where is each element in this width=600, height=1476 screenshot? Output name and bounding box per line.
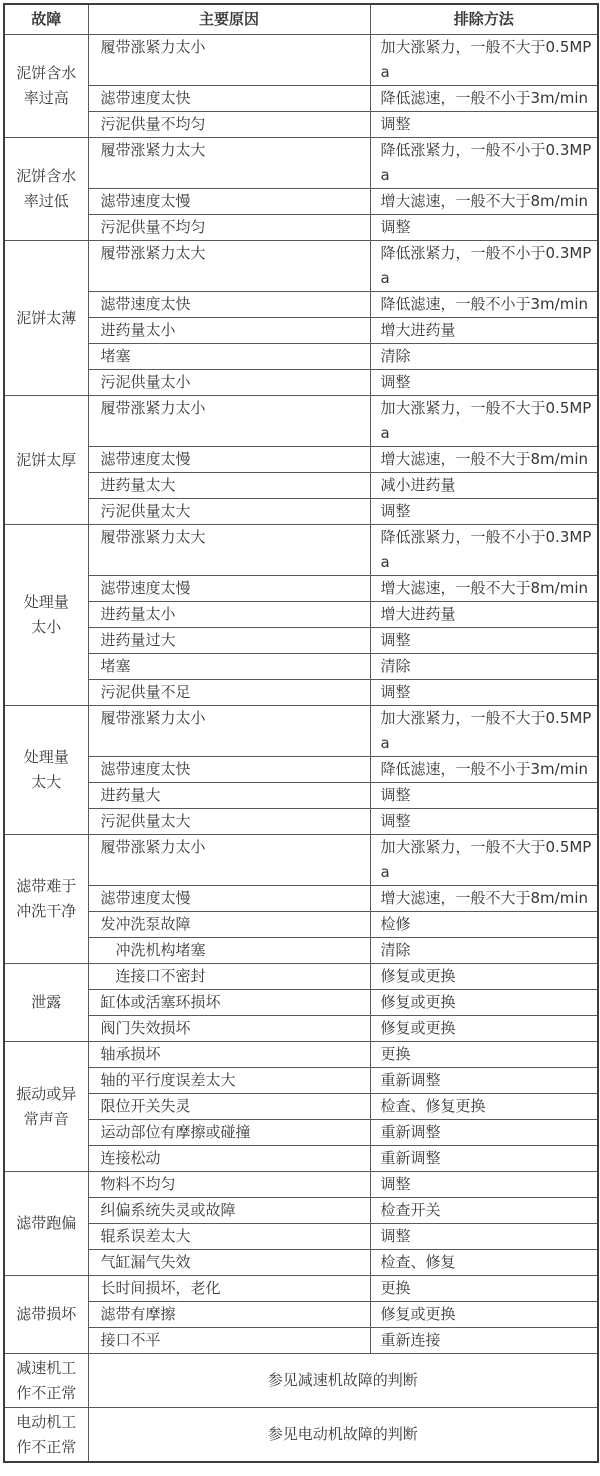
cause-cell: 连接口不密封: [88, 964, 370, 990]
cause-cell: 接口不平: [88, 1328, 370, 1354]
remedy-cell: 修复或更换: [370, 1016, 598, 1042]
cause-cell: 污泥供量太大: [88, 809, 370, 835]
page: 故障 主要原因 排除方法 泥饼含水 率过高履带涨紧力太小加大涨紧力，一般不大于0…: [0, 0, 600, 1466]
table-row: 泥饼含水 率过高履带涨紧力太小加大涨紧力，一般不大于0.5MPa: [4, 35, 598, 86]
table-row: 污泥供量不足调整: [4, 680, 598, 706]
table-row: 电动机工 作不正常参见电动机故障的判断: [4, 1408, 598, 1463]
cause-cell: 进药量太小: [88, 602, 370, 628]
remedy-cell: 加大涨紧力，一般不大于0.5MPa: [370, 396, 598, 447]
fault-cell: 泥饼含水 率过高: [4, 35, 88, 138]
cause-cell: 轴的平行度误差太大: [88, 1068, 370, 1094]
table-row: 进药量大调整: [4, 783, 598, 809]
remedy-cell: 修复或更换: [370, 990, 598, 1016]
header-row: 故障 主要原因 排除方法: [4, 4, 598, 35]
cause-cell: 进药量过大: [88, 628, 370, 654]
remedy-cell: 增大滤速，一般不大于8m/min: [370, 447, 598, 473]
cause-cell: 滤带速度太慢: [88, 576, 370, 602]
table-row: 泥饼太薄履带涨紧力太大降低涨紧力，一般不小于0.3MPa: [4, 241, 598, 292]
cause-cell: 辊系误差太大: [88, 1224, 370, 1250]
table-row: 滤带速度太快降低滤速，一般不小于3m/min: [4, 757, 598, 783]
cause-cell: 污泥供量太大: [88, 499, 370, 525]
table-row: 泄露 连接口不密封修复或更换: [4, 964, 598, 990]
cause-cell: 进药量大: [88, 783, 370, 809]
table-row: 冲洗机构堵塞清除: [4, 938, 598, 964]
table-row: 阀门失效损坏修复或更换: [4, 1016, 598, 1042]
table-row: 污泥供量不均匀调整: [4, 215, 598, 241]
remedy-cell: 调整: [370, 112, 598, 138]
remedy-cell: 调整: [370, 370, 598, 396]
table-row: 减速机工 作不正常参见减速机故障的判断: [4, 1354, 598, 1408]
table-row: 发冲洗泵故障检修: [4, 912, 598, 938]
cause-cell: 进药量太小: [88, 318, 370, 344]
fault-cell: 振动或异 常声音: [4, 1042, 88, 1172]
cause-cell: 污泥供量不足: [88, 680, 370, 706]
remedy-cell: 调整: [370, 1172, 598, 1198]
table-row: 污泥供量太大调整: [4, 499, 598, 525]
table-row: 滤带速度太快降低滤速，一般不小于3m/min: [4, 86, 598, 112]
cause-cell: 长时间损坏，老化: [88, 1276, 370, 1302]
cause-cell: 滤带有摩擦: [88, 1302, 370, 1328]
table-row: 接口不平重新连接: [4, 1328, 598, 1354]
remedy-span-cell: 参见电动机故障的判断: [88, 1408, 598, 1463]
cause-cell: 履带涨紧力太小: [88, 835, 370, 886]
table-row: 辊系误差太大调整: [4, 1224, 598, 1250]
table-row: 连接松动重新调整: [4, 1146, 598, 1172]
fault-cell: 减速机工 作不正常: [4, 1354, 88, 1408]
cause-cell: 履带涨紧力太小: [88, 35, 370, 86]
table-body: 泥饼含水 率过高履带涨紧力太小加大涨紧力，一般不大于0.5MPa滤带速度太快降低…: [4, 35, 598, 1463]
table-row: 限位开关失灵检查、修复更换: [4, 1094, 598, 1120]
table-row: 滤带速度太慢增大滤速，一般不大于8m/min: [4, 886, 598, 912]
table-row: 滤带速度太慢增大滤速，一般不大于8m/min: [4, 447, 598, 473]
remedy-cell: 调整: [370, 215, 598, 241]
remedy-cell: 降低滤速，一般不小于3m/min: [370, 757, 598, 783]
fault-cell: 泥饼太厚: [4, 396, 88, 525]
cause-cell: 限位开关失灵: [88, 1094, 370, 1120]
remedy-cell: 重新调整: [370, 1146, 598, 1172]
cause-cell: 滤带速度太慢: [88, 447, 370, 473]
table-row: 污泥供量太小调整: [4, 370, 598, 396]
cause-cell: 履带涨紧力太小: [88, 706, 370, 757]
remedy-cell: 调整: [370, 499, 598, 525]
table-row: 滤带跑偏物料不均匀调整: [4, 1172, 598, 1198]
table-row: 处理量 太大履带涨紧力太小加大涨紧力，一般不大于0.5MPa: [4, 706, 598, 757]
fault-cell: 泥饼含水 率过低: [4, 138, 88, 241]
remedy-cell: 检查、修复更换: [370, 1094, 598, 1120]
header-main-cause: 主要原因: [88, 4, 370, 35]
table-row: 滤带难于 冲洗干净履带涨紧力太小加大涨紧力，一般不大于0.5MPa: [4, 835, 598, 886]
cause-cell: 气缸漏气失效: [88, 1250, 370, 1276]
cause-cell: 轴承损坏: [88, 1042, 370, 1068]
remedy-cell: 检修: [370, 912, 598, 938]
remedy-cell: 加大涨紧力，一般不大于0.5MPa: [370, 35, 598, 86]
cause-cell: 发冲洗泵故障: [88, 912, 370, 938]
cause-cell: 运动部位有摩擦或碰撞: [88, 1120, 370, 1146]
cause-cell: 连接松动: [88, 1146, 370, 1172]
table-row: 堵塞清除: [4, 344, 598, 370]
cause-cell: 滤带速度太快: [88, 86, 370, 112]
fault-cell: 泄露: [4, 964, 88, 1042]
cause-cell: 履带涨紧力太大: [88, 525, 370, 576]
cause-cell: 进药量太大: [88, 473, 370, 499]
cause-cell: 履带涨紧力太大: [88, 138, 370, 189]
table-row: 泥饼太厚履带涨紧力太小加大涨紧力，一般不大于0.5MPa: [4, 396, 598, 447]
fault-cell: 滤带损坏: [4, 1276, 88, 1354]
fault-cell: 泥饼太薄: [4, 241, 88, 396]
cause-cell: 缸体或活塞环损坏: [88, 990, 370, 1016]
remedy-span-cell: 参见减速机故障的判断: [88, 1354, 598, 1408]
fault-cell: 处理量 太大: [4, 706, 88, 835]
fault-cell: 电动机工 作不正常: [4, 1408, 88, 1463]
remedy-cell: 检查开关: [370, 1198, 598, 1224]
cause-cell: 滤带速度太慢: [88, 886, 370, 912]
remedy-cell: 修复或更换: [370, 1302, 598, 1328]
remedy-cell: 增大滤速，一般不大于8m/min: [370, 189, 598, 215]
remedy-cell: 增大进药量: [370, 602, 598, 628]
remedy-cell: 重新调整: [370, 1068, 598, 1094]
remedy-cell: 降低涨紧力，一般不小于0.3MPa: [370, 525, 598, 576]
cause-cell: 纠偏系统失灵或故障: [88, 1198, 370, 1224]
table-row: 轴的平行度误差太大重新调整: [4, 1068, 598, 1094]
table-row: 纠偏系统失灵或故障检查开关: [4, 1198, 598, 1224]
header-fault: 故障: [4, 4, 88, 35]
cause-cell: 阀门失效损坏: [88, 1016, 370, 1042]
table-row: 滤带损坏长时间损坏，老化更换: [4, 1276, 598, 1302]
table-row: 污泥供量不均匀调整: [4, 112, 598, 138]
remedy-cell: 加大涨紧力，一般不大于0.5MPa: [370, 706, 598, 757]
remedy-cell: 降低滤速，一般不小于3m/min: [370, 292, 598, 318]
table-row: 污泥供量太大调整: [4, 809, 598, 835]
cause-cell: 滤带速度太慢: [88, 189, 370, 215]
remedy-cell: 调整: [370, 783, 598, 809]
fault-troubleshooting-table: 故障 主要原因 排除方法 泥饼含水 率过高履带涨紧力太小加大涨紧力，一般不大于0…: [3, 3, 599, 1463]
table-row: 泥饼含水 率过低履带涨紧力太大降低涨紧力，一般不小于0.3MPa: [4, 138, 598, 189]
cause-cell: 滤带速度太快: [88, 757, 370, 783]
remedy-cell: 重新调整: [370, 1120, 598, 1146]
remedy-cell: 修复或更换: [370, 964, 598, 990]
table-row: 滤带速度太慢增大滤速，一般不大于8m/min: [4, 189, 598, 215]
table-row: 进药量太小增大进药量: [4, 318, 598, 344]
remedy-cell: 增大进药量: [370, 318, 598, 344]
table-row: 运动部位有摩擦或碰撞重新调整: [4, 1120, 598, 1146]
cause-cell: 污泥供量太小: [88, 370, 370, 396]
remedy-cell: 调整: [370, 1224, 598, 1250]
cause-cell: 污泥供量不均匀: [88, 215, 370, 241]
remedy-cell: 降低涨紧力，一般不小于0.3MPa: [370, 241, 598, 292]
remedy-cell: 减小进药量: [370, 473, 598, 499]
remedy-cell: 调整: [370, 628, 598, 654]
remedy-cell: 增大滤速，一般不大于8m/min: [370, 576, 598, 602]
table-row: 堵塞清除: [4, 654, 598, 680]
cause-cell: 物料不均匀: [88, 1172, 370, 1198]
remedy-cell: 降低滤速，一般不小于3m/min: [370, 86, 598, 112]
cause-cell: 冲洗机构堵塞: [88, 938, 370, 964]
cause-cell: 堵塞: [88, 654, 370, 680]
remedy-cell: 增大滤速，一般不大于8m/min: [370, 886, 598, 912]
table-row: 滤带速度太快降低滤速，一般不小于3m/min: [4, 292, 598, 318]
cause-cell: 履带涨紧力太大: [88, 241, 370, 292]
cause-cell: 滤带速度太快: [88, 292, 370, 318]
fault-cell: 处理量 太小: [4, 525, 88, 706]
remedy-cell: 清除: [370, 344, 598, 370]
remedy-cell: 调整: [370, 809, 598, 835]
table-header: 故障 主要原因 排除方法: [4, 4, 598, 35]
remedy-cell: 降低涨紧力，一般不小于0.3MPa: [370, 138, 598, 189]
remedy-cell: 清除: [370, 938, 598, 964]
remedy-cell: 检查、修复: [370, 1250, 598, 1276]
table-row: 缸体或活塞环损坏修复或更换: [4, 990, 598, 1016]
header-remedy: 排除方法: [370, 4, 598, 35]
remedy-cell: 调整: [370, 680, 598, 706]
table-row: 进药量太大减小进药量: [4, 473, 598, 499]
remedy-cell: 重新连接: [370, 1328, 598, 1354]
table-row: 气缸漏气失效检查、修复: [4, 1250, 598, 1276]
fault-cell: 滤带跑偏: [4, 1172, 88, 1276]
cause-cell: 堵塞: [88, 344, 370, 370]
table-row: 进药量过大调整: [4, 628, 598, 654]
cause-cell: 履带涨紧力太小: [88, 396, 370, 447]
remedy-cell: 更换: [370, 1042, 598, 1068]
table-row: 振动或异 常声音轴承损坏更换: [4, 1042, 598, 1068]
remedy-cell: 更换: [370, 1276, 598, 1302]
table-row: 滤带有摩擦修复或更换: [4, 1302, 598, 1328]
table-row: 处理量 太小履带涨紧力太大降低涨紧力，一般不小于0.3MPa: [4, 525, 598, 576]
fault-cell: 滤带难于 冲洗干净: [4, 835, 88, 964]
remedy-cell: 清除: [370, 654, 598, 680]
cause-cell: 污泥供量不均匀: [88, 112, 370, 138]
table-row: 滤带速度太慢增大滤速，一般不大于8m/min: [4, 576, 598, 602]
table-row: 进药量太小增大进药量: [4, 602, 598, 628]
remedy-cell: 加大涨紧力，一般不大于0.5MPa: [370, 835, 598, 886]
